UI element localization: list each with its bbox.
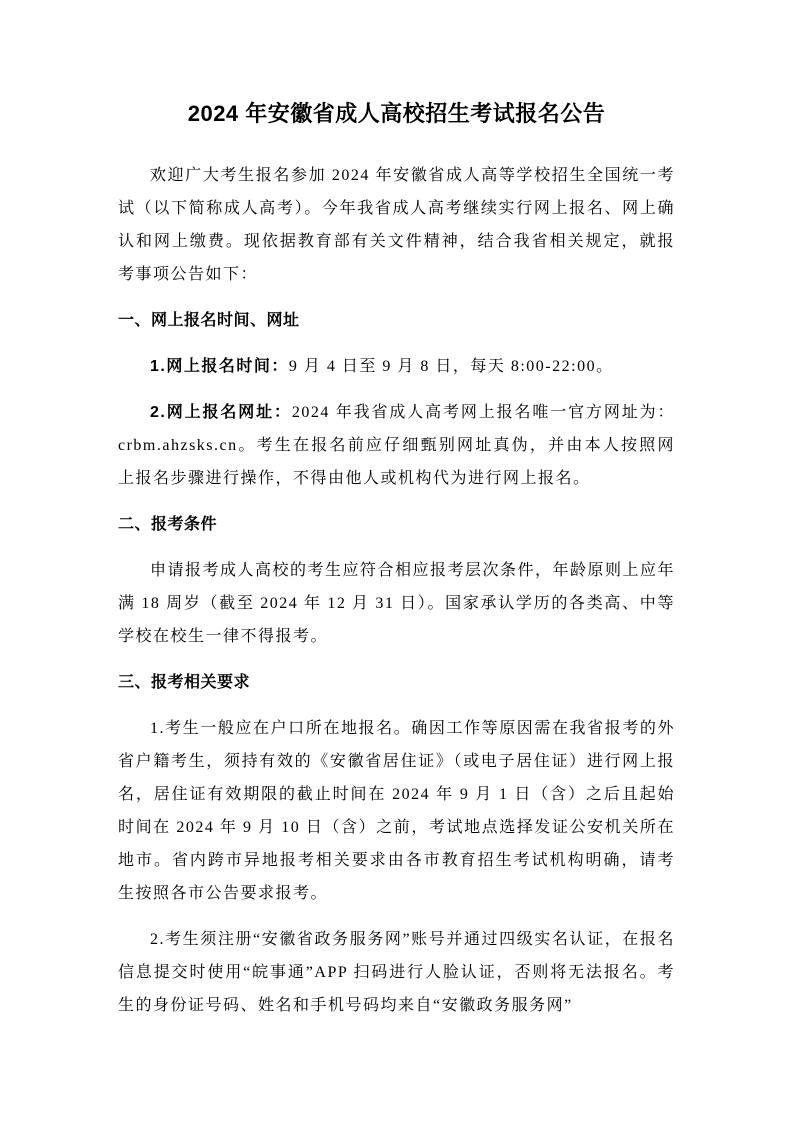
section-2-heading: 二、报考条件 — [118, 508, 675, 541]
section-3-paragraph-2: 2.考生须注册“安徽省政务服务网”账号并通过四级实名认证，在报名信息提交时使用“… — [118, 923, 675, 1022]
section-3-paragraph-1: 1.考生一般应在户口所在地报名。确因工作等原因需在我省报考的外省户籍考生，须持有… — [118, 712, 675, 910]
section-2-paragraph-1: 申请报考成人高校的考生应符合相应报考层次条件，年龄原则上应年满 18 周岁（截至… — [118, 554, 675, 653]
intro-paragraph: 欢迎广大考生报名参加 2024 年安徽省成人高等学校招生全国统一考试（以下简称成… — [118, 159, 675, 291]
section-1-heading: 一、网上报名时间、网址 — [118, 304, 675, 337]
document-page: 2024 年安徽省成人高校招生考试报名公告 欢迎广大考生报名参加 2024 年安… — [0, 0, 793, 1122]
section-1-paragraph-2-bold-lead: 2.网上报名网址： — [150, 404, 292, 421]
section-1-paragraph-1: 1.网上报名时间：9 月 4 日至 9 月 8 日，每天 8:00-22:00。 — [118, 350, 675, 383]
section-3-heading: 三、报考相关要求 — [118, 666, 675, 699]
document-title: 2024 年安徽省成人高校招生考试报名公告 — [118, 97, 675, 130]
section-1-paragraph-2: 2.网上报名网址：2024 年我省成人高考网上报名唯一官方网址为：crbm.ah… — [118, 396, 675, 495]
section-1-paragraph-1-bold-lead: 1.网上报名时间： — [150, 358, 289, 375]
section-1-paragraph-1-text: 9 月 4 日至 9 月 8 日，每天 8:00-22:00。 — [289, 358, 614, 375]
